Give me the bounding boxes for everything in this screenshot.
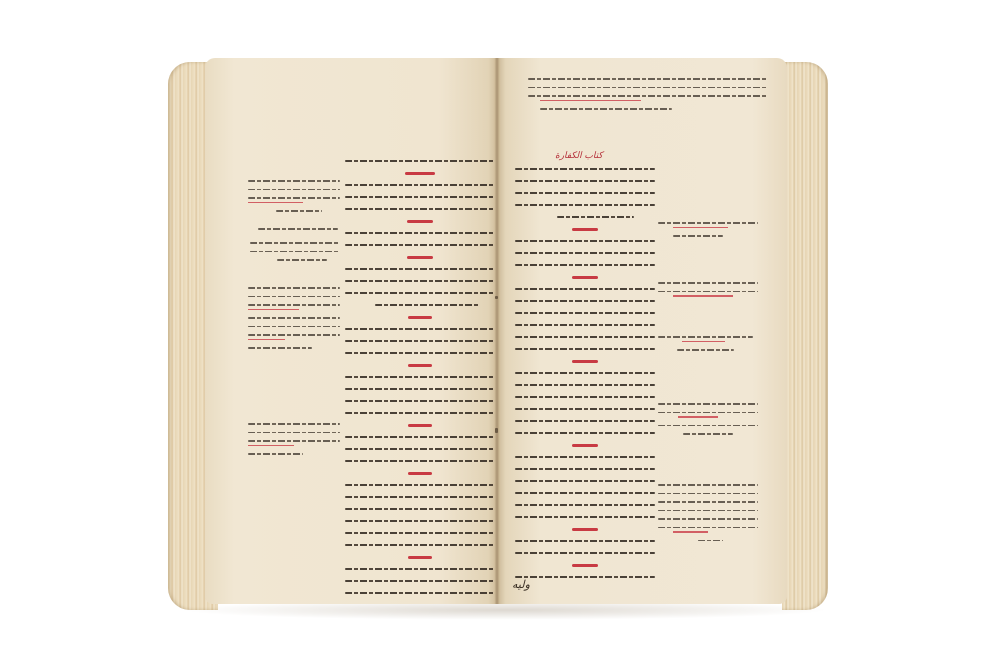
sewing-mark [495,296,498,299]
right-page-stack [782,62,828,610]
right-margin-note-4 [658,403,758,442]
left-margin-note-1 [248,180,340,219]
right-header-note [528,78,768,117]
left-margin-note-5 [248,423,340,462]
left-margin-note-3 [250,242,340,268]
sewing-mark [495,428,498,433]
catchword: ولیه [512,578,530,591]
left-main-text [345,160,495,604]
section-heading: کتاب الکفارة [555,151,603,161]
manuscript-photo: کتاب الکفارة ولیه [0,0,1000,666]
right-margin-note-3 [658,336,753,358]
right-margin-note-2 [658,282,758,304]
right-main-text [515,168,655,588]
left-margin-note-4 [248,287,340,356]
right-margin-note-1 [658,222,758,244]
right-margin-note-5 [658,484,758,548]
left-margin-note-2 [258,228,338,237]
